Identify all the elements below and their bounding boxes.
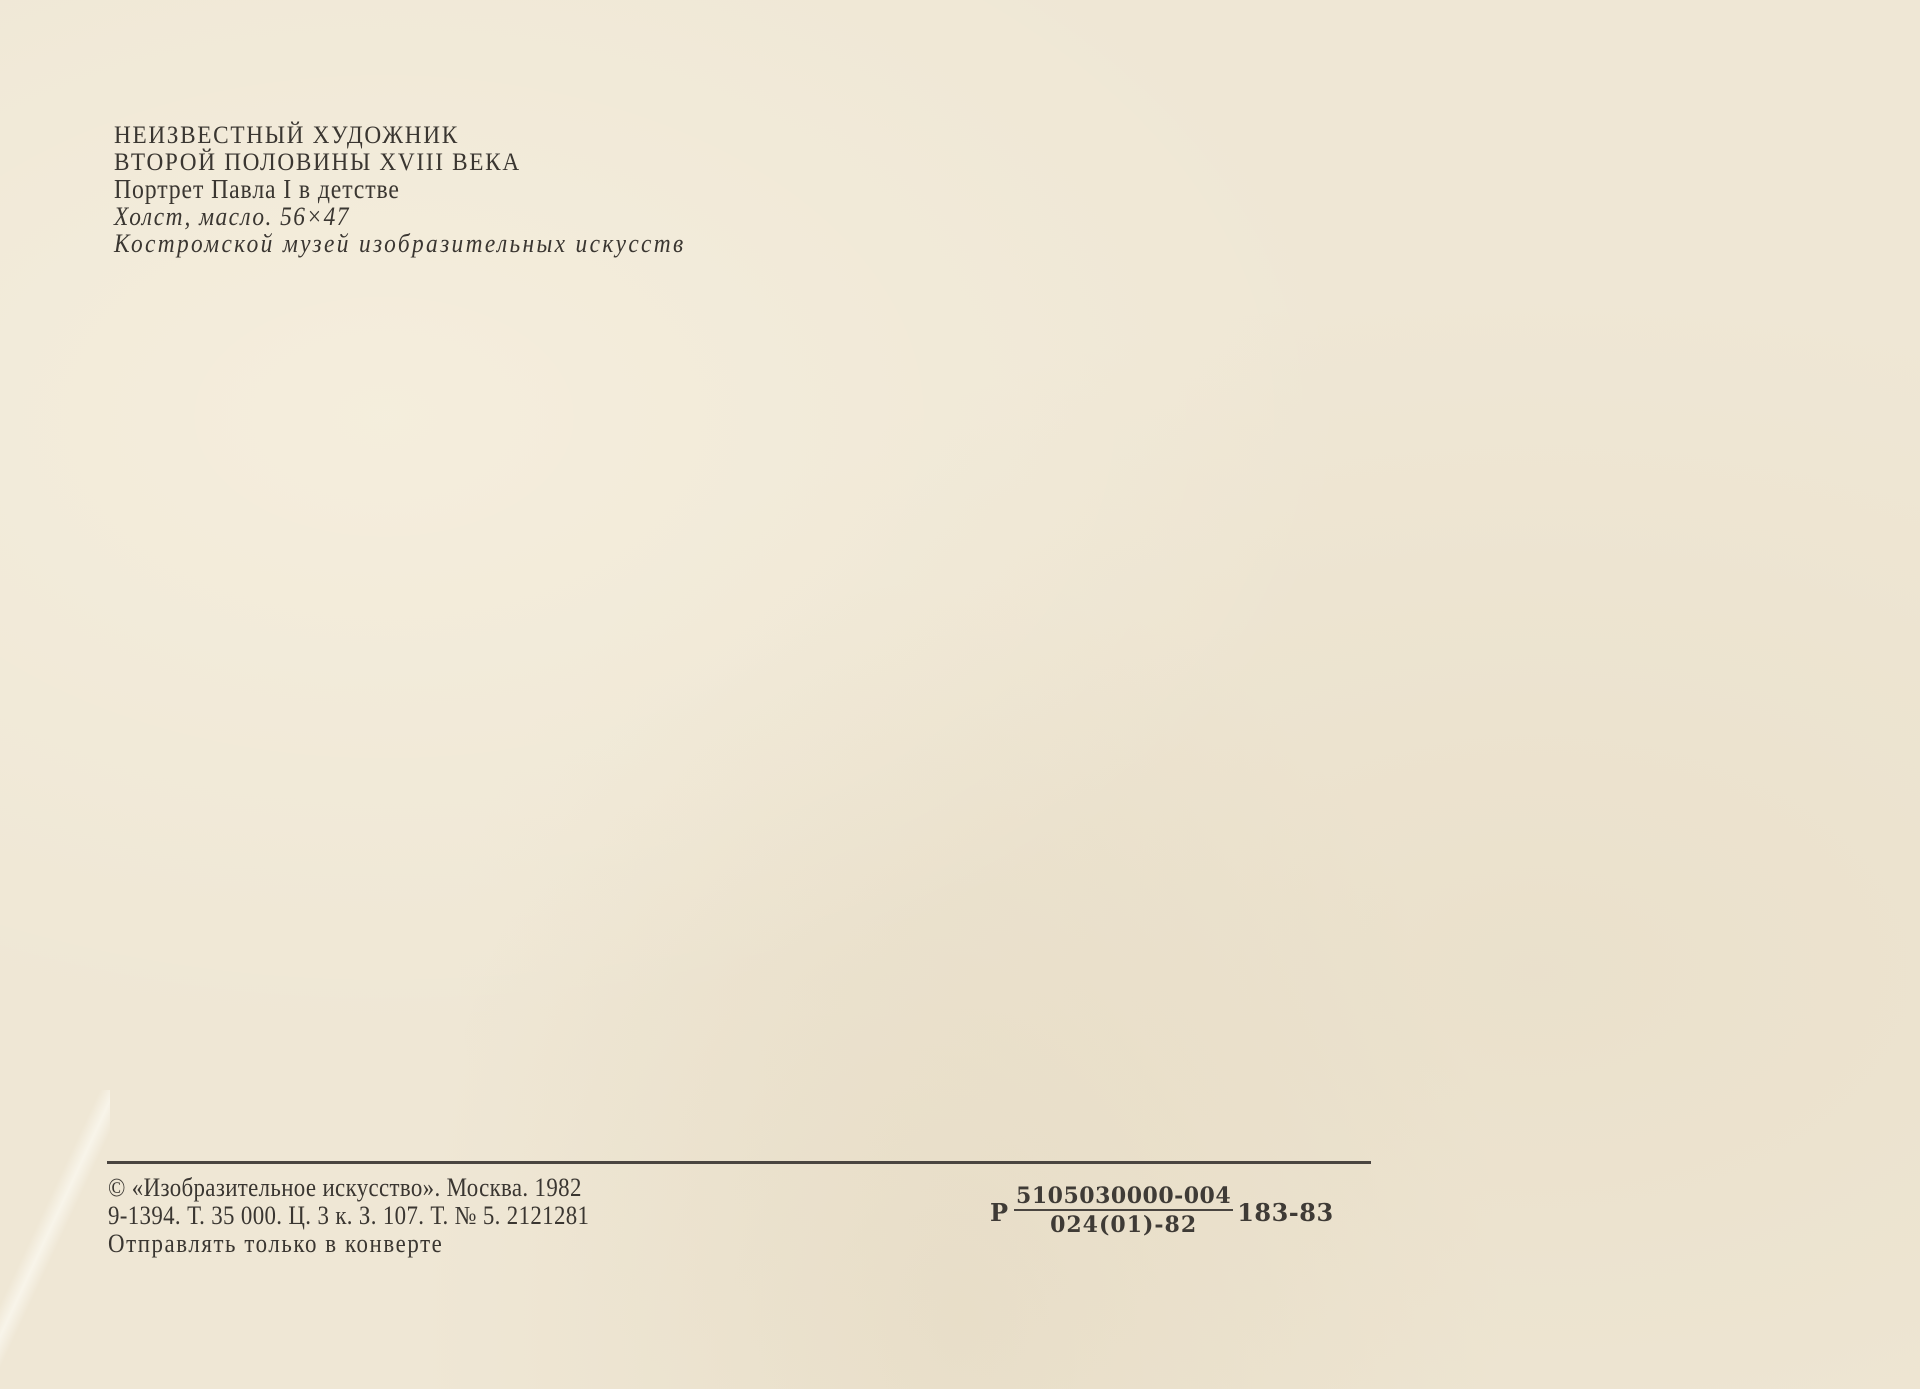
classification-prefix: Р xyxy=(990,1198,1008,1227)
publisher-line: © «Изобразительное искусство». Москва. 1… xyxy=(108,1174,589,1202)
artwork-collection: Костромской музей изобразительных искусс… xyxy=(114,230,686,257)
paper-crease xyxy=(0,1090,110,1389)
artwork-medium: Холст, масло. 56×47 xyxy=(114,203,686,230)
classification-numerator: 5105030000-004 xyxy=(1014,1183,1233,1211)
artist-line-2: ВТОРОЙ ПОЛОВИНЫ XVIII ВЕКА xyxy=(114,149,705,176)
classification-suffix: 183-83 xyxy=(1237,1198,1333,1227)
classification-code: Р 5105030000-004 024(01)-82 183-83 xyxy=(990,1183,1334,1239)
classification-fraction: 5105030000-004 024(01)-82 xyxy=(1014,1183,1233,1239)
artwork-caption: НЕИЗВЕСТНЫЙ ХУДОЖНИК ВТОРОЙ ПОЛОВИНЫ XVI… xyxy=(114,122,749,257)
classification-denominator: 024(01)-82 xyxy=(1050,1211,1197,1239)
artist-line-1: НЕИЗВЕСТНЫЙ ХУДОЖНИК xyxy=(114,122,705,149)
print-data-line: 9-1394. Т. 35 000. Ц. 3 к. З. 107. Т. № … xyxy=(108,1202,589,1230)
artwork-title: Портрет Павла I в детстве xyxy=(114,176,673,203)
footer-divider xyxy=(107,1161,1371,1164)
publisher-imprint: © «Изобразительное искусство». Москва. 1… xyxy=(108,1174,655,1258)
mailing-note: Отправлять только в конверте xyxy=(108,1230,589,1258)
